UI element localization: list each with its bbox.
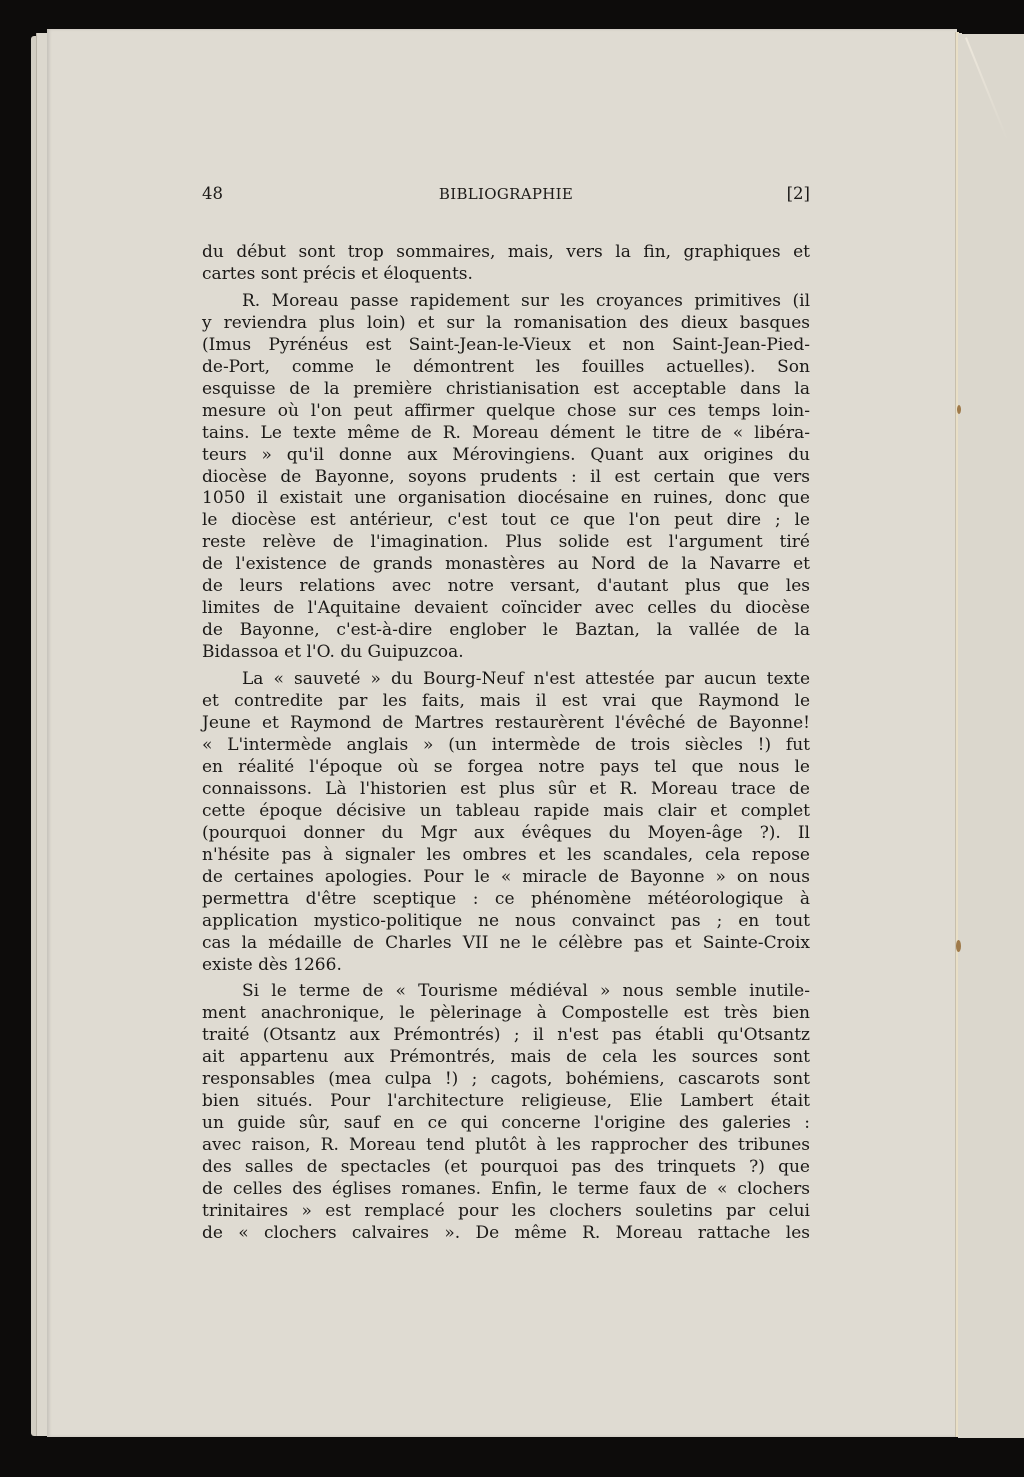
text-line: des salles de spectacles (et pourquoi pa… (202, 1157, 810, 1179)
text-line: un guide sûr, sauf en ce qui concerne l'… (202, 1113, 810, 1135)
text-line: La « sauveté » du Bourg-Neuf n'est attes… (202, 669, 810, 691)
text-line: « L'intermède anglais » (un intermède de… (202, 735, 810, 757)
running-head: 48 BIBLIOGRAPHIE [2] (202, 184, 810, 208)
text-line: bien situés. Pour l'architecture religie… (202, 1091, 810, 1113)
text-line: y reviendra plus loin) et sur la romanis… (202, 313, 810, 335)
text-line: de celles des églises romanes. Enfin, le… (202, 1179, 810, 1201)
paragraph: Si le terme de « Tourisme médiéval » nou… (202, 981, 810, 1244)
facing-page-edge (958, 34, 1024, 1438)
text-line: de-Port, comme le démontrent les fouille… (202, 357, 810, 379)
text-line: R. Moreau passe rapidement sur les croya… (202, 291, 810, 313)
paragraph: R. Moreau passe rapidement sur les croya… (202, 291, 810, 664)
text-line: de Bayonne, c'est-à-dire englober le Baz… (202, 620, 810, 642)
text-line: limites de l'Aquitaine devaient coïncide… (202, 598, 810, 620)
text-line: teurs » qu'il donne aux Mérovingiens. Qu… (202, 445, 810, 467)
foxing-spot (956, 940, 961, 952)
text-line: Bidassoa et l'O. du Guipuzcoa. (202, 642, 810, 664)
text-line: de l'existence de grands monastères au N… (202, 554, 810, 576)
text-line: et contredite par les faits, mais il est… (202, 691, 810, 713)
paragraph: du début sont trop sommaires, mais, vers… (202, 242, 810, 286)
text-line: Jeune et Raymond de Martres restaurèrent… (202, 713, 810, 735)
text-line: de certaines apologies. Pour le « miracl… (202, 867, 810, 889)
bracket-number: [2] (787, 184, 810, 203)
text-line: application mystico-politique ne nous co… (202, 911, 810, 933)
text-line: avec raison, R. Moreau tend plutôt à les… (202, 1135, 810, 1157)
text-line: (pourquoi donner du Mgr aux évêques du M… (202, 823, 810, 845)
text-line: permettra d'être sceptique : ce phénomèn… (202, 889, 810, 911)
text-line: Si le terme de « Tourisme médiéval » nou… (202, 981, 810, 1003)
text-line: en réalité l'époque où se forgea notre p… (202, 757, 810, 779)
foxing-spot (957, 405, 961, 414)
text-line: tains. Le texte même de R. Moreau dément… (202, 423, 810, 445)
text-line: mesure où l'on peut affirmer quelque cho… (202, 401, 810, 423)
text-line: reste relève de l'imagination. Plus soli… (202, 532, 810, 554)
text-line: cas la médaille de Charles VII ne le cél… (202, 933, 810, 955)
text-line: responsables (mea culpa !) ; cagots, boh… (202, 1069, 810, 1091)
text-line: de leurs relations avec notre versant, d… (202, 576, 810, 598)
text-line: n'hésite pas à signaler les ombres et le… (202, 845, 810, 867)
paragraph: La « sauveté » du Bourg-Neuf n'est attes… (202, 669, 810, 976)
text-line: du début sont trop sommaires, mais, vers… (202, 242, 810, 264)
text-line: diocèse de Bayonne, soyons prudents : il… (202, 467, 810, 489)
text-line: esquisse de la première christianisation… (202, 379, 810, 401)
text-line: ait appartenu aux Prémontrés, mais de ce… (202, 1047, 810, 1069)
text-line: trinitaires » est remplacé pour les cloc… (202, 1201, 810, 1223)
text-line: cartes sont précis et éloquents. (202, 264, 810, 286)
text-line: ment anachronique, le pèlerinage à Compo… (202, 1003, 810, 1025)
text-line: existe dès 1266. (202, 955, 810, 977)
body-text: du début sont trop sommaires, mais, vers… (202, 242, 810, 1245)
text-line: le diocèse est antérieur, c'est tout ce … (202, 510, 810, 532)
text-line: (Imus Pyrénéus est Saint-Jean-le-Vieux e… (202, 335, 810, 357)
text-line: cette époque décisive un tableau rapide … (202, 801, 810, 823)
section-title: BIBLIOGRAPHIE (202, 185, 810, 203)
text-line: de « clochers calvaires ». De même R. Mo… (202, 1223, 810, 1245)
text-line: 1050 il existait une organisation diocés… (202, 488, 810, 510)
text-line: connaissons. Là l'historien est plus sûr… (202, 779, 810, 801)
text-line: traité (Otsantz aux Prémontrés) ; il n'e… (202, 1025, 810, 1047)
